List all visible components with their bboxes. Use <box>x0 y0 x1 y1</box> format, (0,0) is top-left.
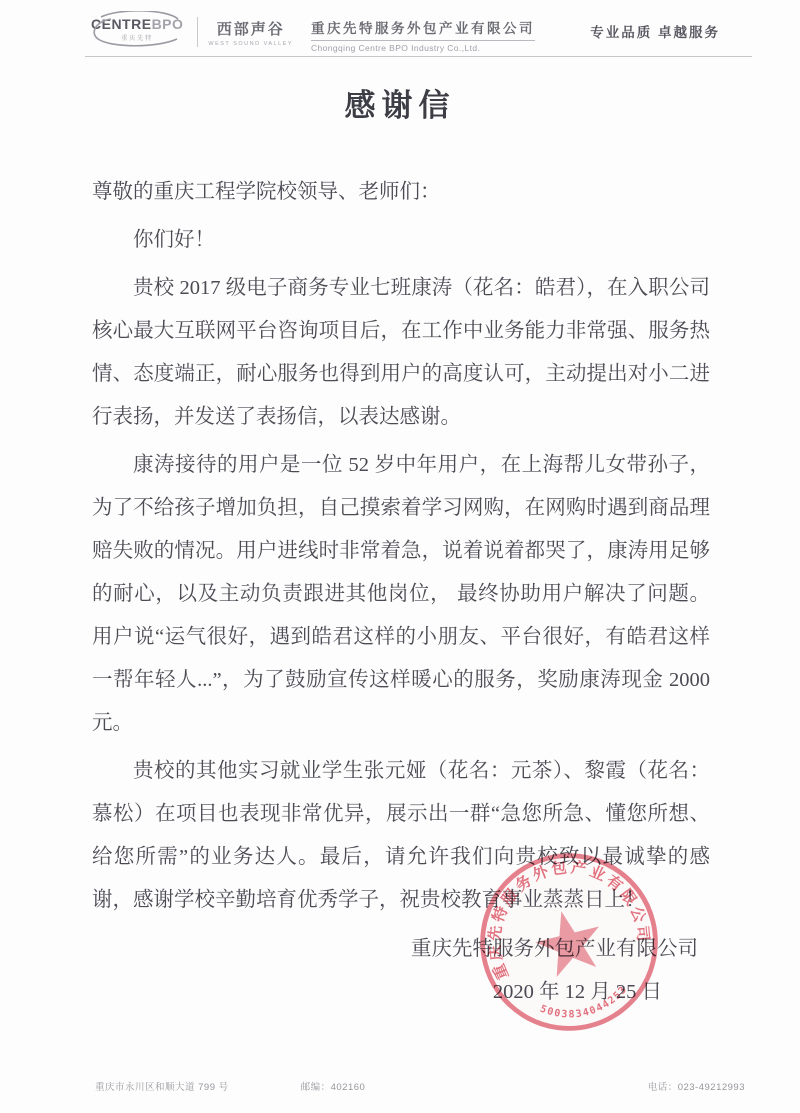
logo-tagline: 重庆先特 <box>121 33 153 42</box>
letter-title: 感谢信 <box>0 80 800 125</box>
footer-postcode: 邮编：402160 <box>301 1079 366 1093</box>
letter-paragraph: 贵校 2017 级电子商务专业七班康涛（花名：皓君），在入职公司核心最大互联网平… <box>92 267 710 439</box>
letter-paragraph: 康涛接待的用户是一位 52 岁中年用户，在上海帮儿女带孙子，为了不给孩子增加负担… <box>92 444 710 745</box>
company-name-block: 重庆先特服务外包产业有限公司 Chongqing Centre BPO Indu… <box>311 13 535 53</box>
footer-phone: 电话：023-49212993 <box>648 1079 745 1093</box>
company-name-en: Chongqing Centre BPO Industry Co.,Ltd. <box>311 43 535 53</box>
division-tagline: WEST SOUND VALLEY <box>208 41 293 47</box>
footer-address: 重庆市永川区和顺大道 799 号 <box>95 1079 229 1093</box>
letter-paragraph: 你们好！ <box>92 219 710 262</box>
division-name: 西部声谷 <box>217 18 285 39</box>
company-slogan: 专业品质 卓越服务 <box>590 13 720 41</box>
letterhead: CENTREBPO 重庆先特 西部声谷 WEST SOUND VALLEY 重庆… <box>85 13 720 53</box>
company-name-cn: 重庆先特服务外包产业有限公司 <box>311 17 535 41</box>
letter-salutation: 尊敬的重庆工程学院校领导、老师们： <box>92 171 710 214</box>
logo-text-bpo: BPO <box>152 16 184 32</box>
letterhead-divider <box>197 17 198 47</box>
logo-wordmark: CENTREBPO <box>91 17 183 31</box>
scanned-letter-page: CENTREBPO 重庆先特 西部声谷 WEST SOUND VALLEY 重庆… <box>0 0 800 1113</box>
division-logo: 西部声谷 WEST SOUND VALLEY <box>208 13 293 47</box>
letter-paragraphs: 你们好！贵校 2017 级电子商务专业七班康涛（花名：皓君），在入职公司核心最大… <box>92 219 710 922</box>
page-footer: 重庆市永川区和顺大道 799 号 邮编：402160 电话：023-492129… <box>95 1079 745 1093</box>
company-logo: CENTREBPO 重庆先特 <box>85 13 193 42</box>
letterhead-rule <box>85 56 752 57</box>
logo-text-centre: CENTRE <box>91 16 152 32</box>
